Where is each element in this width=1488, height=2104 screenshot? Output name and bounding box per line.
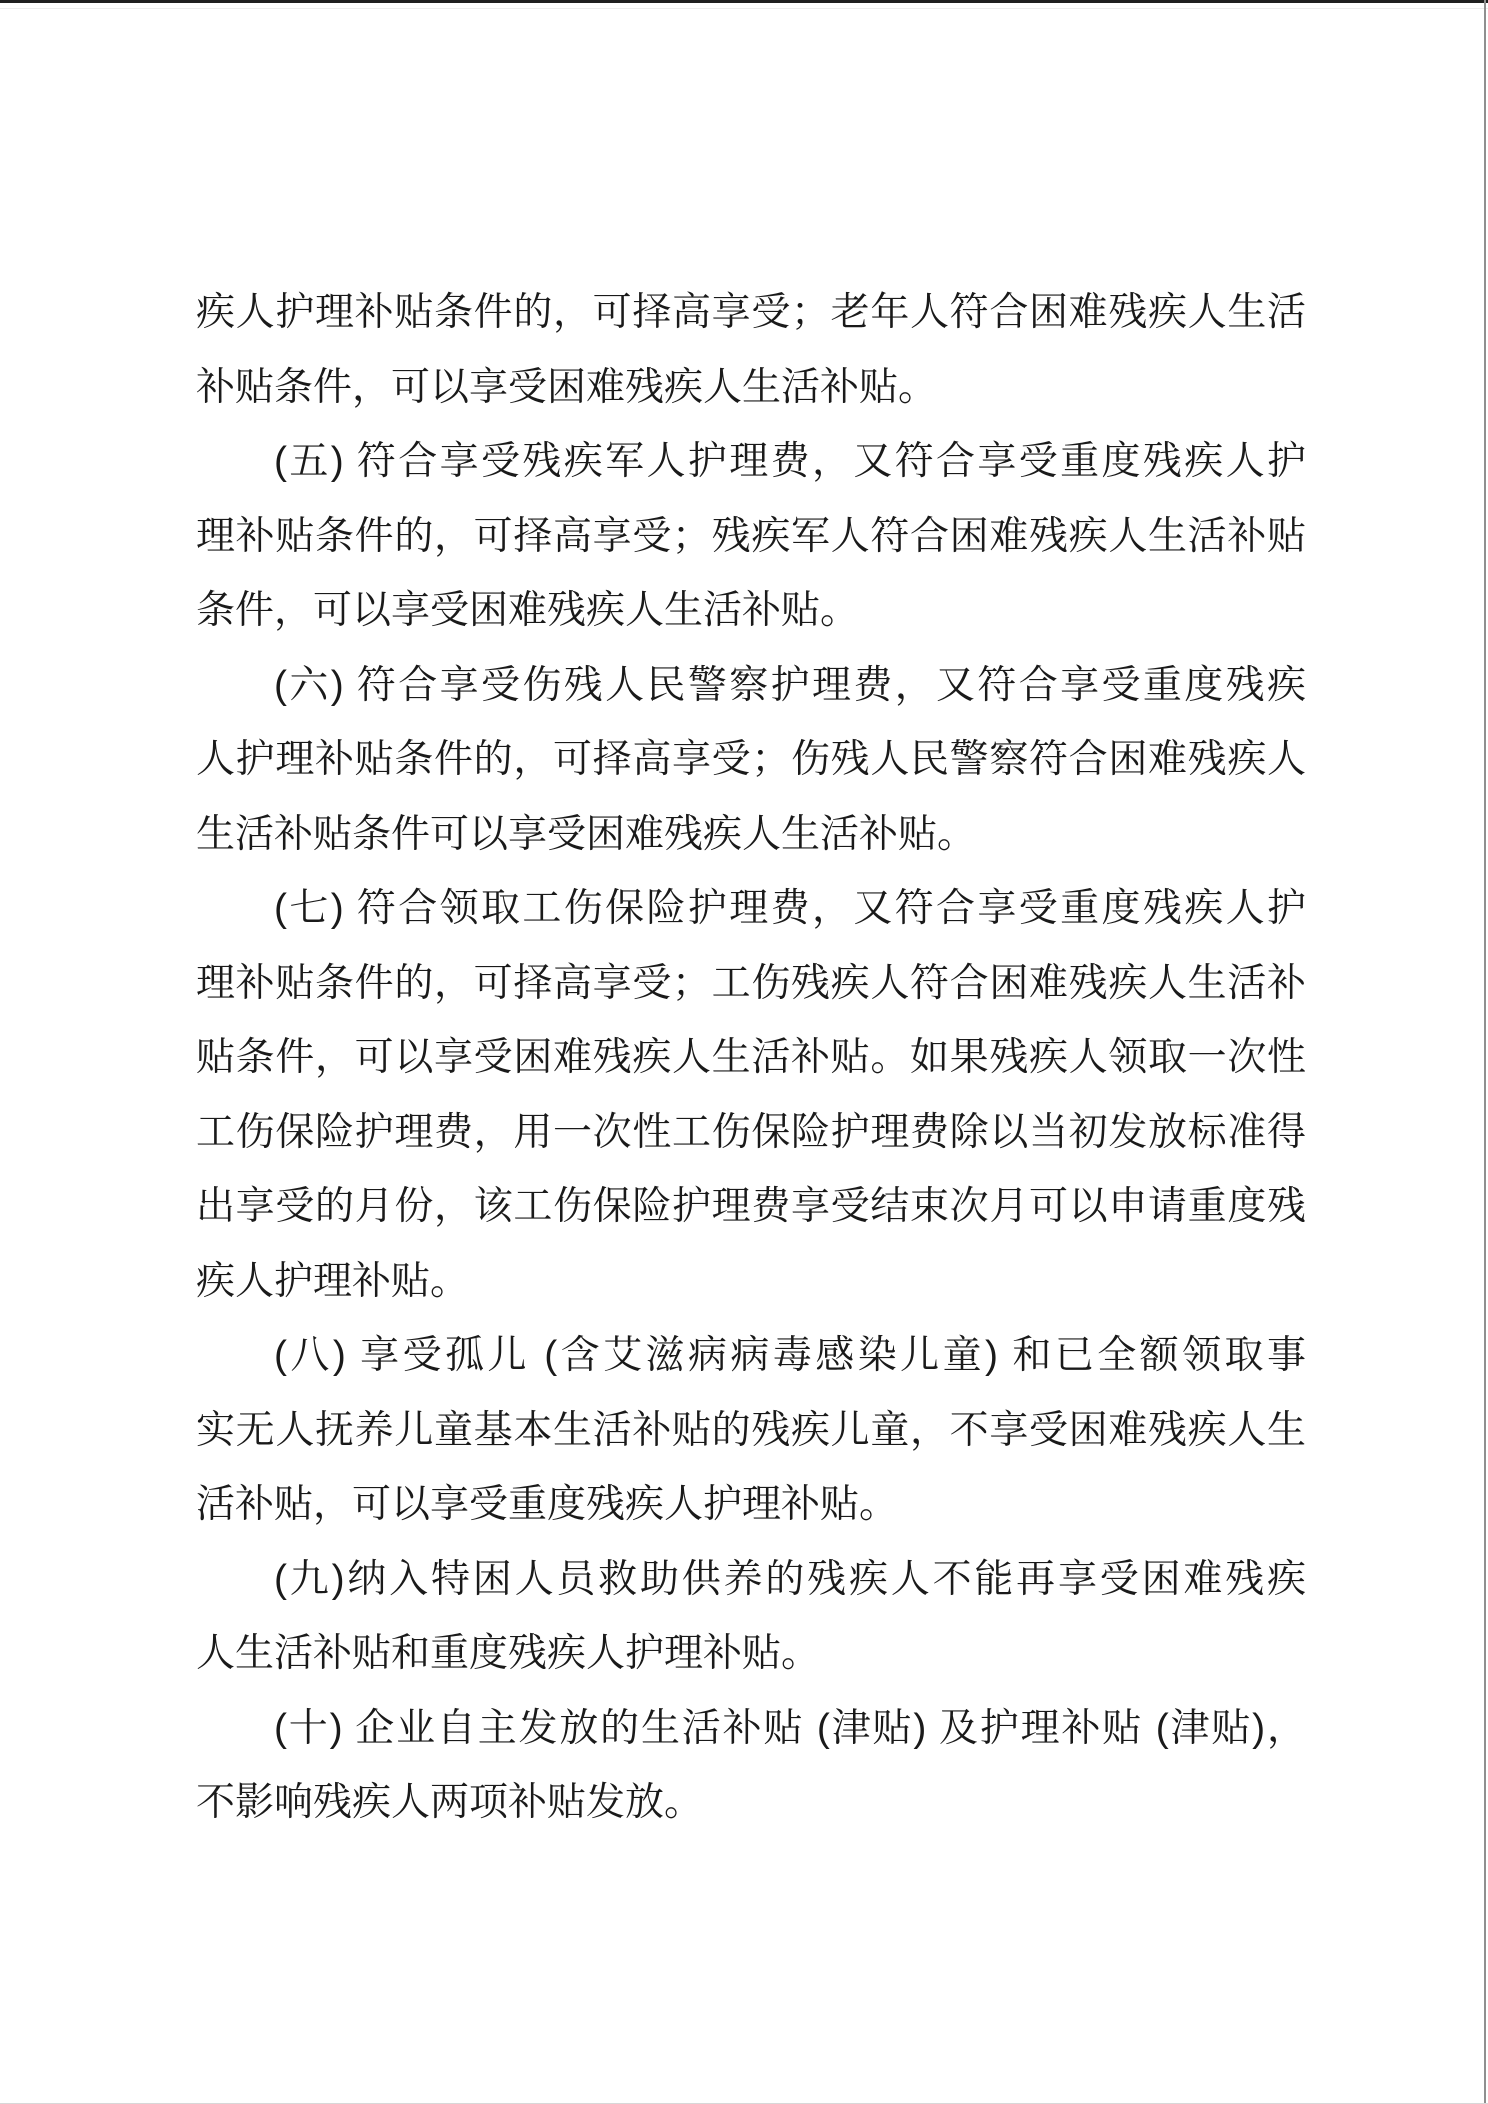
document-text-block: 疾人护理补贴条件的，可择高享受；老年人符合困难残疾人生活 补贴条件，可以享受困难…: [196, 276, 1306, 1841]
text-line: 人护理补贴条件的，可择高享受；伤残人民警察符合困难残疾人: [196, 723, 1306, 798]
text-line: (十) 企业自主发放的生活补贴 (津贴) 及护理补贴 (津贴)，: [196, 1692, 1306, 1767]
text-line: (八) 享受孤儿 (含艾滋病病毒感染儿童) 和已全额领取事: [196, 1319, 1306, 1394]
text-line: 活补贴，可以享受重度残疾人护理补贴。: [196, 1468, 1306, 1543]
text-line: 补贴条件，可以享受困难残疾人生活补贴。: [196, 351, 1306, 426]
text-line: 实无人抚养儿童基本生活补贴的残疾儿童，不享受困难残疾人生: [196, 1394, 1306, 1469]
text-line: 不影响残疾人两项补贴发放。: [196, 1766, 1306, 1841]
text-line: 疾人护理补贴条件的，可择高享受；老年人符合困难残疾人生活: [196, 276, 1306, 351]
text-line: 理补贴条件的，可择高享受；工伤残疾人符合困难残疾人生活补: [196, 947, 1306, 1022]
text-line: (九)纳入特困人员救助供养的残疾人不能再享受困难残疾: [196, 1543, 1306, 1618]
page-right-edge-line: [1484, 0, 1486, 2104]
text-line: 条件，可以享受困难残疾人生活补贴。: [196, 574, 1306, 649]
text-line: 人生活补贴和重度残疾人护理补贴。: [196, 1617, 1306, 1692]
text-line: 出享受的月份，该工伤保险护理费享受结束次月可以申请重度残: [196, 1170, 1306, 1245]
text-line: 工伤保险护理费，用一次性工伤保险护理费除以当初发放标准得: [196, 1096, 1306, 1171]
text-line: 理补贴条件的，可择高享受；残疾军人符合困难残疾人生活补贴: [196, 500, 1306, 575]
text-line: 生活补贴条件可以享受困难残疾人生活补贴。: [196, 798, 1306, 873]
page-top-edge-line: [0, 0, 1488, 3]
page-top-faint-line: [0, 8, 1488, 9]
text-line: 疾人护理补贴。: [196, 1245, 1306, 1320]
text-line: (五) 符合享受残疾军人护理费，又符合享受重度残疾人护: [196, 425, 1306, 500]
document-page: 疾人护理补贴条件的，可择高享受；老年人符合困难残疾人生活 补贴条件，可以享受困难…: [0, 0, 1488, 2104]
text-line: (六) 符合享受伤残人民警察护理费，又符合享受重度残疾: [196, 649, 1306, 724]
text-line: 贴条件，可以享受困难残疾人生活补贴。如果残疾人领取一次性: [196, 1021, 1306, 1096]
text-line: (七) 符合领取工伤保险护理费，又符合享受重度残疾人护: [196, 872, 1306, 947]
